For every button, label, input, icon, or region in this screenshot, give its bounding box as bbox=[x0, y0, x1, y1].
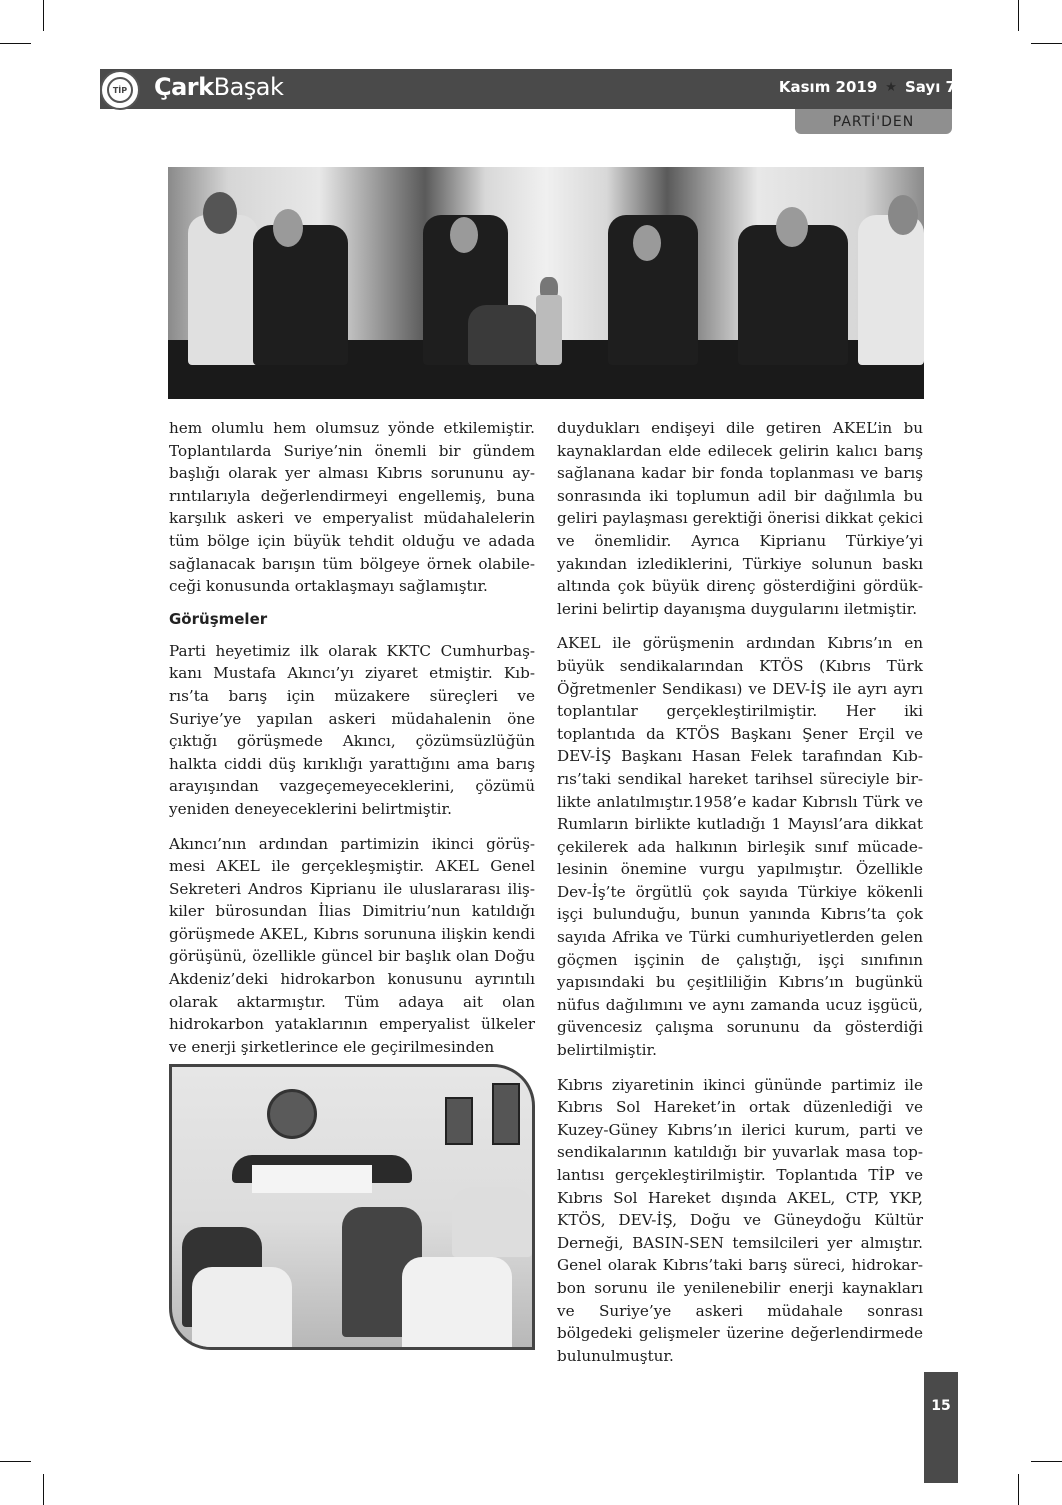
crop-mark bbox=[0, 43, 31, 44]
crop-mark bbox=[1018, 0, 1019, 31]
person-head bbox=[776, 207, 808, 247]
right-column: duydukları endişeyi dile getiren AKEL’in… bbox=[557, 417, 923, 1379]
logo-text: TİP bbox=[107, 77, 133, 103]
wall-poster bbox=[492, 1083, 520, 1145]
issue-date: Kasım 2019 bbox=[779, 78, 877, 96]
person-silhouette bbox=[188, 215, 258, 365]
issue-number: Sayı 7 bbox=[905, 78, 956, 96]
paragraph: Parti heyetimiz ilk olarak KKTC Cumhurba… bbox=[169, 640, 535, 821]
meeting-photo-presidential-office bbox=[168, 167, 924, 385]
crop-mark bbox=[43, 1474, 44, 1505]
brand-regular: Başak bbox=[214, 73, 284, 101]
crop-mark bbox=[1031, 1461, 1062, 1462]
person-silhouette bbox=[253, 225, 348, 365]
photo-bottom-band bbox=[168, 385, 924, 399]
page-number: 15 bbox=[924, 1372, 958, 1483]
person-head bbox=[888, 195, 918, 235]
section-label: PARTİ'DEN bbox=[795, 109, 952, 134]
section-heading: Görüşmeler bbox=[169, 610, 535, 628]
issue-info: Kasım 2019 ★ Sayı 7 bbox=[779, 78, 956, 96]
union-emblem-icon bbox=[267, 1089, 317, 1139]
audience-member bbox=[402, 1257, 512, 1350]
crop-mark bbox=[0, 1461, 31, 1462]
tip-logo-icon: TİP bbox=[100, 70, 140, 110]
paragraph: AKEL ile görüşmenin ardından Kıbrıs’ın e… bbox=[557, 632, 923, 1061]
brand-bold: Çark bbox=[154, 73, 214, 101]
roundtable-meeting-photo bbox=[169, 1064, 535, 1350]
left-column: hem olumlu hem olumsuz yönde etkilemişti… bbox=[169, 417, 535, 1070]
paragraph: duydukları endişeyi dile getiren AKEL’in… bbox=[557, 417, 923, 620]
crop-mark bbox=[1031, 43, 1062, 44]
person-silhouette bbox=[468, 305, 538, 365]
star-icon: ★ bbox=[885, 80, 897, 95]
person-head bbox=[450, 217, 478, 253]
paragraph: Kıbrıs ziyaretinin ikinci gününde partim… bbox=[557, 1074, 923, 1368]
side-table bbox=[536, 295, 562, 365]
paragraph: Akıncı’nın ardından partimizin ikinci gö… bbox=[169, 833, 535, 1059]
person-silhouette bbox=[858, 215, 924, 365]
person-head bbox=[633, 225, 661, 261]
paragraph: hem olumlu hem olumsuz yönde etkilemişti… bbox=[169, 417, 535, 598]
crop-mark bbox=[1018, 1474, 1019, 1505]
crop-mark bbox=[43, 0, 44, 31]
audience-member bbox=[192, 1267, 292, 1350]
person-head bbox=[273, 209, 303, 247]
conference-table bbox=[252, 1165, 372, 1193]
publication-title: ÇarkBaşak bbox=[154, 73, 283, 101]
person-head bbox=[203, 192, 237, 234]
audience-member bbox=[452, 1187, 532, 1257]
wall-poster bbox=[445, 1097, 473, 1145]
